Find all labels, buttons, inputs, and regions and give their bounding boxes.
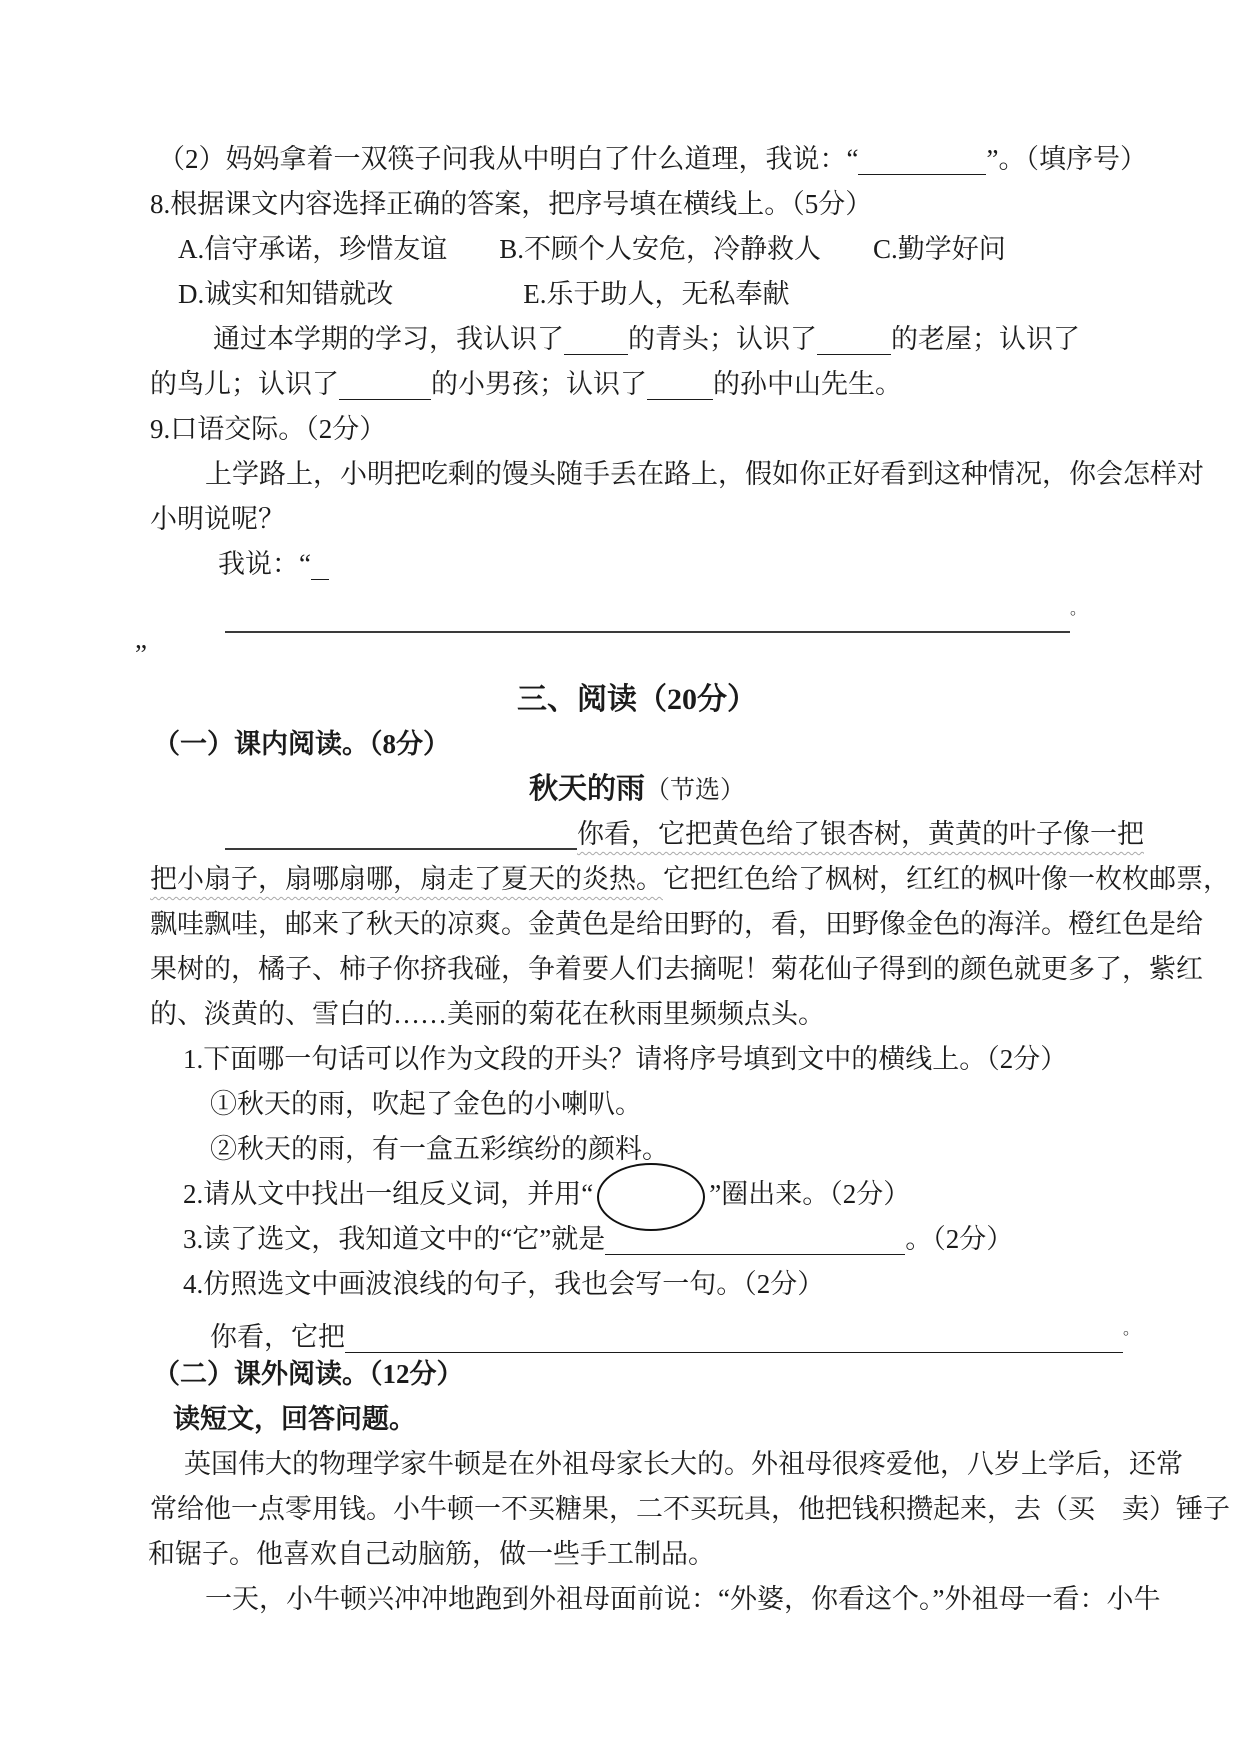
q8-summary-line2: 的鸟儿；认识了的小男孩；认识了的孙中山先生。 <box>150 362 1146 407</box>
q7-item2-suffix: ”。（填序号） <box>986 144 1146 174</box>
q8-option-c: C.勤学好问 <box>873 234 1006 264</box>
p1-q3-prefix: 3.读了选文，我知道文中的“它”就是 <box>183 1224 605 1254</box>
passage1-title-line: 秋天的雨（节选） <box>128 767 1146 812</box>
q8-option-a: A.信守承诺，珍惜友谊 <box>178 234 447 264</box>
q8-options-row1: A.信守承诺，珍惜友谊B.不顾个人安危，冷静救人C.勤学好问 <box>178 227 1146 272</box>
q9-answer-period: 。 <box>1070 601 1086 618</box>
passage1-line5: 的、淡黄的、雪白的……美丽的菊花在秋雨里频频点头。 <box>150 992 1146 1037</box>
p1-q1-choice1-text: ①秋天的雨，吹起了金色的小喇叭。 <box>210 1089 642 1119</box>
p1-q1-stem-text: 1.下面哪一句话可以作为文段的开头？请将序号填到文中的横线上。（2分） <box>183 1044 1067 1074</box>
passage1-line4: 果树的，橘子、柿子你挤我碰，争着要人们去摘呢！菊花仙子得到的颜色就更多了，紫红 <box>150 947 1146 992</box>
p1-q4-answer-line: 你看，它把。 <box>210 1307 1146 1352</box>
passage2-line2: 常给他一点零用钱。小牛顿一不买糖果，二不买玩具，他把钱积攒起来，去（买 卖）锤子 <box>150 1487 1146 1532</box>
passage2-line3-text: 和锯子。他喜欢自己动脑筋，做一些手工制品。 <box>148 1539 715 1569</box>
p1-q1-choice1: ①秋天的雨，吹起了金色的小喇叭。 <box>210 1082 1146 1127</box>
q8-summary-line1: 通过本学期的学习，我认识了的青头；认识了的老屋；认识了 <box>213 317 1146 362</box>
q8-option-e: E.乐于助人，无私奉献 <box>523 279 789 309</box>
passage2-line1: 英国伟大的物理学家牛顿是在外祖母家长大的。外祖母很疼爱他，八岁上学后，还常 <box>184 1442 1146 1487</box>
q9-closing-quote: ” <box>135 639 147 669</box>
passage2-line4: 一天，小牛顿兴冲冲地跑到外祖母面前说：“外婆，你看这个。”外祖母一看：小牛 <box>205 1577 1146 1622</box>
q9-scenario-line2: 小明说呢？ <box>150 497 1146 542</box>
part1-heading: （一）课内阅读。（8分） <box>153 722 1146 767</box>
q8-summary2-seg2: 的小男孩；认识了 <box>431 369 647 399</box>
passage1-line2: 把小扇子，扇哪扇哪，扇走了夏天的炎热。它把红色给了枫树，红红的枫叶像一枚枚邮票， <box>150 857 1146 902</box>
passage1-line4-text: 果树的，橘子、柿子你挤我碰，争着要人们去摘呢！菊花仙子得到的颜色就更多了，紫红 <box>150 954 1203 984</box>
section3-title-text: 三、阅读（20分） <box>517 683 757 716</box>
passage1-title-note: （节选） <box>645 777 745 804</box>
q7-item2-answer-blank <box>858 144 986 175</box>
q8-summary1-seg1: 通过本学期的学习，我认识了 <box>213 324 564 354</box>
passage2-line2-text: 常给他一点零用钱。小牛顿一不买糖果，二不买玩具，他把钱积攒起来，去（买 卖）锤子 <box>150 1494 1230 1524</box>
q9-answer-lead-line: 我说：“ <box>218 542 1146 587</box>
part2-heading-text: （二）课外阅读。（12分） <box>153 1359 464 1389</box>
q9-answer-lead: 我说：“ <box>218 549 311 579</box>
q8-blank-laowu <box>817 324 891 355</box>
passage1-line5-text: 的、淡黄的、雪白的……美丽的菊花在秋雨里频频点头。 <box>150 999 825 1029</box>
p1-q4-answer-period: 。 <box>1123 1321 1139 1338</box>
part2-instruction: 读短文，回答问题。 <box>173 1397 1146 1442</box>
part2-instruction-text: 读短文，回答问题。 <box>173 1404 416 1434</box>
p1-q4-stem: 4.仿照选文中画波浪线的句子，我也会写一句。（2分） <box>183 1262 1146 1307</box>
p1-q4-stem-text: 4.仿照选文中画波浪线的句子，我也会写一句。（2分） <box>183 1269 824 1299</box>
q9-scenario-line1: 上学路上，小明把吃剩的馒头随手丢在路上，假如你正好看到这种情况，你会怎样对 <box>205 452 1146 497</box>
q8-option-d: D.诚实和知错就改 <box>178 279 393 309</box>
passage2-line4-text: 一天，小牛顿兴冲冲地跑到外祖母面前说：“外婆，你看这个。”外祖母一看：小牛 <box>205 1584 1160 1614</box>
q9-stem: 9.口语交际。（2分） <box>150 407 1146 452</box>
section3-title: 三、阅读（20分） <box>128 677 1146 722</box>
q8-options-row2: D.诚实和知错就改E.乐于助人，无私奉献 <box>178 272 1146 317</box>
q8-blank-sunzhongshan <box>647 369 713 400</box>
passage2-line3: 和锯子。他喜欢自己动脑筋，做一些手工制品。 <box>148 1532 1146 1577</box>
p1-q1-stem: 1.下面哪一句话可以作为文段的开头？请将序号填到文中的横线上。（2分） <box>183 1037 1146 1082</box>
q9-scenario2-text: 小明说呢？ <box>150 504 285 534</box>
q8-summary2-seg3: 的孙中山先生。 <box>713 369 902 399</box>
p1-q4-answer-lead: 你看，它把 <box>210 1322 345 1352</box>
p1-q2-suffix: ”圈出来。（2分） <box>709 1179 910 1209</box>
p1-q3-line: 3.读了选文，我知道文中的“它”就是。（2分） <box>183 1217 1146 1262</box>
q8-blank-nanhai <box>339 369 431 400</box>
p1-q1-choice2-text: ②秋天的雨，有一盒五彩缤纷的颜料。 <box>210 1134 669 1164</box>
q8-stem: 8.根据课文内容选择正确的答案，把序号填在横线上。（5分） <box>150 182 1146 227</box>
q8-summary1-seg3: 的老屋；认识了 <box>891 324 1080 354</box>
q8-option-b: B.不顾个人安危，冷静救人 <box>499 234 821 264</box>
passage1-title: 秋天的雨 <box>529 773 645 805</box>
exam-page: { "ink_color": "#1b1b1b", "doc": { "q7_i… <box>0 0 1241 1754</box>
q8-blank-qingtou <box>564 324 628 355</box>
q9-answer-long-blank <box>225 601 1070 633</box>
q7-item2-prefix: （2）妈妈拿着一双筷子问我从中明白了什么道理，我说：“ <box>158 144 858 174</box>
p1-q2-line: 2.请从文中找出一组反义词，并用“”圈出来。（2分） <box>183 1172 1146 1217</box>
passage1-line3: 飘哇飘哇，邮来了秋天的凉爽。金黄色是给田野的，看，田野像金色的海洋。橙红色是给 <box>150 902 1146 947</box>
p1-q3-answer-blank <box>605 1224 905 1255</box>
q8-summary1-seg2: 的青头；认识了 <box>628 324 817 354</box>
part2-heading: （二）课外阅读。（12分） <box>153 1352 1146 1397</box>
passage1-line2-wavy-text: 把小扇子，扇哪扇哪，扇走了夏天的炎热。 <box>150 864 663 894</box>
q9-answer-start-blank <box>311 549 329 580</box>
passage2-line1-text: 英国伟大的物理学家牛顿是在外祖母家长大的。外祖母很疼爱他，八岁上学后，还常 <box>184 1449 1183 1479</box>
passage1-line2-rest: 它把红色给了枫树，红红的枫叶像一枚枚邮票， <box>663 864 1230 894</box>
p1-q2-prefix: 2.请从文中找出一组反义词，并用“ <box>183 1179 593 1209</box>
q9-stem-text: 9.口语交际。（2分） <box>150 414 386 444</box>
q7-item2-line: （2）妈妈拿着一双筷子问我从中明白了什么道理，我说：“”。（填序号） <box>158 137 1146 182</box>
passage1-line3-text: 飘哇飘哇，邮来了秋天的凉爽。金黄色是给田野的，看，田野像金色的海洋。橙红色是给 <box>150 909 1203 939</box>
q8-stem-text: 8.根据课文内容选择正确的答案，把序号填在横线上。（5分） <box>150 189 872 219</box>
p1-q4-answer-blank <box>345 1322 1123 1353</box>
q9-closing-quote-line: ” <box>135 632 1146 677</box>
q8-summary2-seg1: 的鸟儿；认识了 <box>150 369 339 399</box>
passage1-opening-blank <box>225 818 577 850</box>
part1-heading-text: （一）课内阅读。（8分） <box>153 729 450 759</box>
passage1-line1: 你看，它把黄色给了银杏树，黄黄的叶子像一把 <box>225 812 1146 857</box>
q9-answer-rule-line: 。 <box>225 587 1146 632</box>
passage1-line1-wavy-text: 你看，它把黄色给了银杏树，黄黄的叶子像一把 <box>577 819 1144 849</box>
exam-sheet: （2）妈妈拿着一双筷子问我从中明白了什么道理，我说：“”。（填序号） 8.根据课… <box>0 0 1241 1754</box>
p1-q3-suffix: 。（2分） <box>905 1224 1013 1254</box>
q9-scenario1-text: 上学路上，小明把吃剩的馒头随手丢在路上，假如你正好看到这种情况，你会怎样对 <box>205 459 1204 489</box>
p1-q1-choice2: ②秋天的雨，有一盒五彩缤纷的颜料。 <box>210 1127 1146 1172</box>
